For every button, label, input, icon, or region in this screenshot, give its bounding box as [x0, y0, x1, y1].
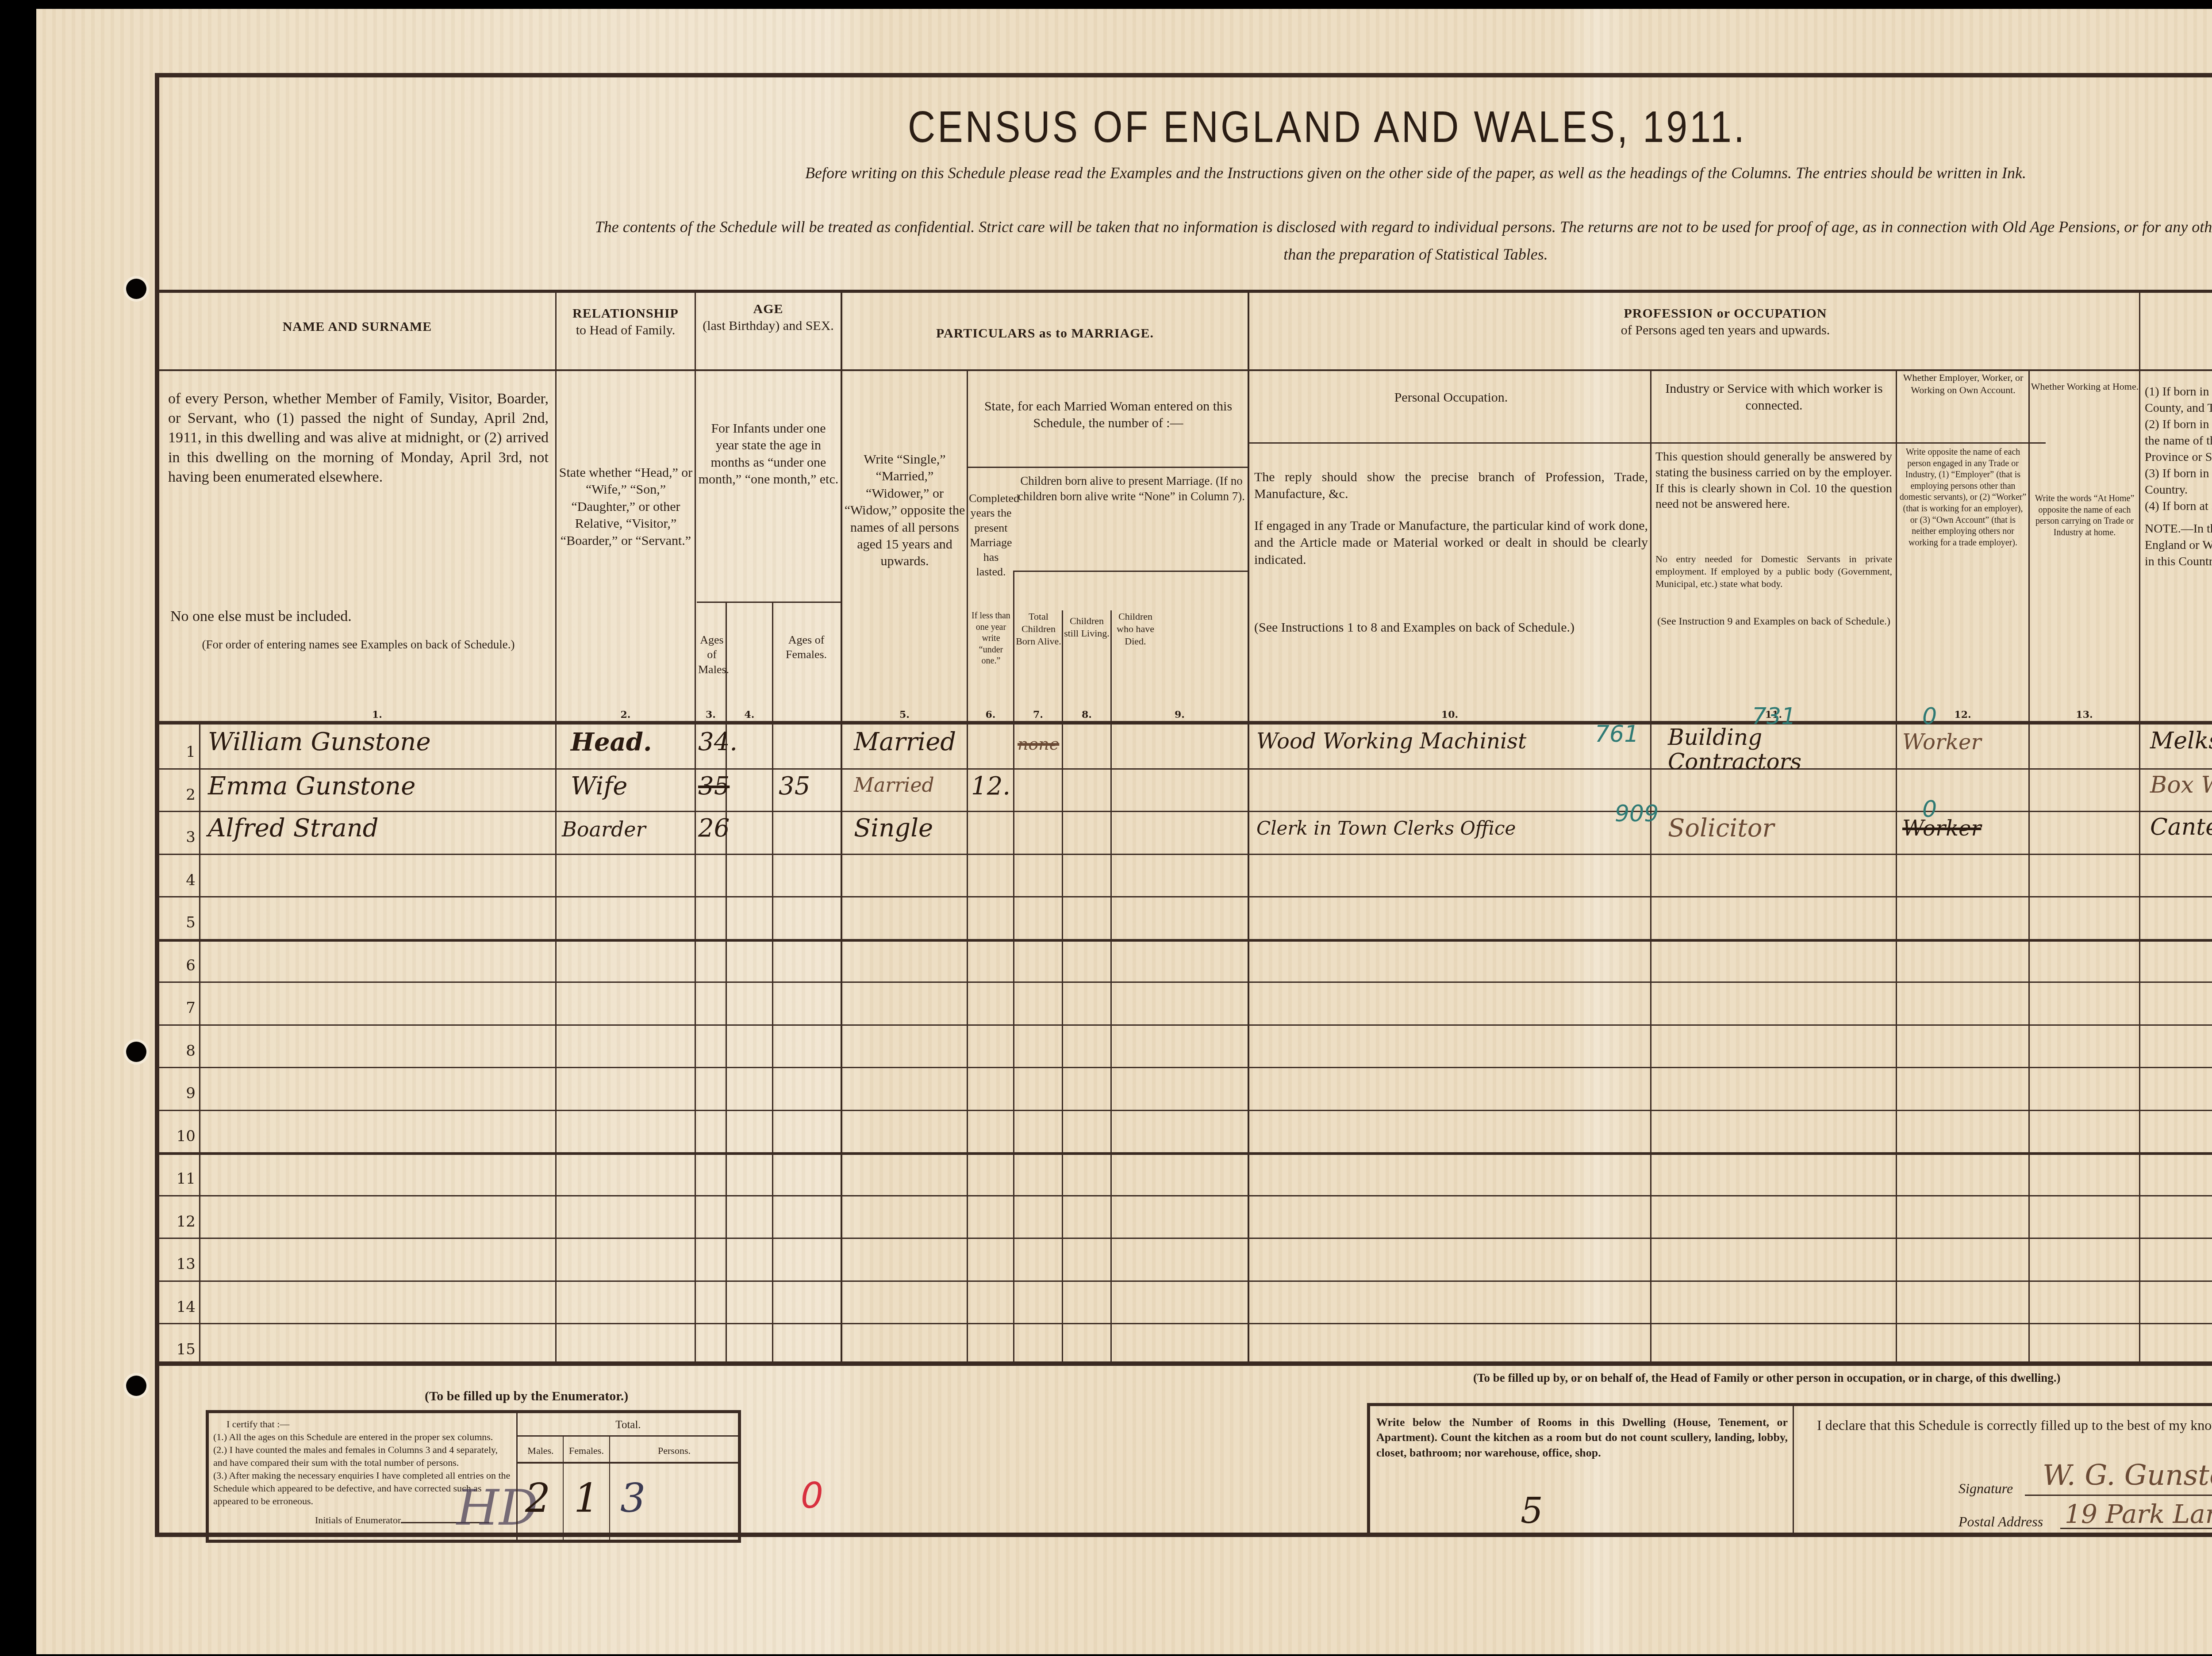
row3-employer-code: 0 [1922, 796, 1937, 823]
row-number: 14 [169, 1298, 196, 1316]
col-divider [1013, 571, 1014, 1362]
row1-name[interactable]: William Gunstone [208, 728, 431, 756]
row-rule [158, 1067, 2212, 1068]
row1-relationship[interactable]: Head. [571, 728, 652, 757]
industry-instr-2: No entry needed for Domestic Servants in… [1655, 553, 1892, 590]
row3-occupation[interactable]: Clerk in Town Clerks Office [1256, 817, 1516, 839]
personal-occupation-label: Personal Occupation. [1252, 389, 1650, 406]
colnum-7: 7. [1014, 709, 1062, 721]
row3-condition[interactable]: Single [854, 814, 933, 843]
number-of-rooms[interactable]: 5 [1521, 1490, 1543, 1531]
males-label: Males. [518, 1444, 563, 1457]
col-divider [1248, 290, 1249, 1362]
row2-condition[interactable]: Married [854, 774, 934, 797]
row3-industry[interactable]: Solicitor [1668, 814, 1774, 843]
row-number: 2 [169, 786, 196, 804]
col-divider [841, 290, 842, 1362]
age-males-label: Ages of Males. [698, 632, 726, 677]
rooms-instructions: Write below the Number of Rooms in this … [1376, 1415, 1788, 1460]
row1-employer-code: 0 [1922, 703, 1937, 730]
row-rule [158, 939, 2212, 942]
row-number: 8 [169, 1042, 196, 1060]
row1-condition[interactable]: Married [854, 728, 956, 756]
total-males[interactable]: 2 [525, 1475, 550, 1522]
row3-age-male[interactable]: 26 [698, 814, 730, 843]
colnum-8: 8. [1063, 709, 1110, 721]
col-divider [1110, 610, 1112, 1362]
marriage-years-label: Completed years the present Marriage has… [969, 491, 1013, 579]
col-divider [695, 290, 696, 1362]
header-bottom-rule [158, 721, 2212, 724]
industry-instr-1: This question should generally be answer… [1655, 449, 1892, 512]
row2-name[interactable]: Emma Gunstone [208, 772, 415, 801]
header-name: NAME AND SURNAME [159, 318, 555, 335]
total-persons[interactable]: 3 [620, 1475, 645, 1522]
row-number: 11 [169, 1170, 196, 1188]
header-divider [158, 369, 2212, 371]
confidentiality-notice: The contents of the Schedule will be tre… [168, 218, 2212, 236]
colnum-1: 1. [199, 709, 555, 721]
total-females[interactable]: 1 [574, 1475, 599, 1522]
industry-instr-3: (See Instruction 9 and Examples on back … [1655, 615, 1892, 629]
header-relationship: RELATIONSHIPto Head of Family. [557, 305, 695, 339]
header-birthplace: BIRTHPLACEof every person. [2141, 314, 2212, 348]
table-bottom-rule [158, 1361, 2212, 1366]
birthplace-instructions: (1) If born in the United Kingdom, write… [2145, 384, 2212, 570]
row2-relationship[interactable]: Wife [571, 772, 627, 801]
row-number: 15 [169, 1341, 196, 1358]
confidentiality-notice-cont: than the preparation of Statistical Tabl… [1106, 245, 1725, 264]
row1-industry-code: 731 [1752, 703, 1796, 730]
colnum-14: 14. [2140, 709, 2212, 721]
age-females-label: Ages of Females. [772, 632, 841, 662]
colnum-6: 6. [968, 709, 1013, 721]
row-number: 9 [169, 1085, 196, 1102]
row-rule [158, 768, 2212, 770]
col-divider [1062, 610, 1063, 1362]
col-divider [199, 721, 200, 1362]
row1-occupation-code: 761 [1595, 721, 1639, 747]
children-living-label: Children still Living. [1063, 615, 1110, 640]
row-number: 13 [169, 1255, 196, 1273]
age-instructions: For Infants under one year state the age… [698, 420, 839, 488]
row-rule [158, 1110, 2212, 1111]
row1-birthplace[interactable]: Melksham Wilts [2150, 728, 2212, 754]
col-divider [967, 369, 968, 1362]
colnum-3: 3. [696, 709, 726, 721]
employer-label: Whether Employer, Worker, or Working on … [1898, 372, 2028, 396]
householder-box: Write below the Number of Rooms in this … [1367, 1403, 2212, 1536]
personal-occupation-instr-3: (See Instructions 1 to 8 and Examples on… [1254, 619, 1648, 636]
row3-relationship[interactable]: Boarder [562, 817, 646, 841]
row-number: 12 [169, 1213, 196, 1230]
row-rule [158, 1280, 2212, 1282]
marriage-subrule [968, 467, 1248, 468]
row3-birthplace[interactable]: Canterbury Kent [2150, 814, 2212, 840]
children-died-label: Children who have Died. [1112, 610, 1159, 648]
row-rule [158, 1195, 2212, 1196]
children-instructions: Children born alive to present Marriage.… [1015, 473, 1248, 504]
row2-birthplace[interactable]: Box Wilts [2150, 772, 2212, 798]
signature[interactable]: W. G. Gunstone [2043, 1459, 2212, 1492]
colnum-2: 2. [557, 709, 695, 721]
occupation-subrule [1249, 442, 2046, 444]
punch-hole [126, 1376, 146, 1396]
name-note: No one else must be included. [170, 607, 551, 626]
row-rule [158, 811, 2212, 812]
enumerator-section-title: (To be filled up by the Enumerator.) [425, 1389, 628, 1404]
row-rule [158, 854, 2212, 855]
header-marriage: PARTICULARS as to MARRIAGE. [842, 325, 1248, 342]
home-label: Whether Working at Home. [2031, 380, 2139, 393]
row-number: 6 [169, 957, 196, 974]
row1-industry[interactable]: Building Contractors [1668, 725, 1809, 774]
row2-marriage-years[interactable]: 12. [971, 772, 1010, 801]
colnum-4: 4. [727, 709, 772, 721]
marriage-years-note: If less than one year write “under one.” [969, 610, 1013, 667]
signature-label: Signature [1959, 1479, 2013, 1498]
colnum-13: 13. [2030, 709, 2139, 721]
marriage-condition-instructions: Write “Single,” “Married,” “Widower,” or… [843, 451, 967, 570]
row-rule [158, 1024, 2212, 1026]
enumerator-box: I certify that :— (1.) All the ages on t… [206, 1410, 741, 1543]
row-number: 3 [169, 828, 196, 846]
row-rule [158, 896, 2212, 897]
row-rule [158, 1323, 2212, 1324]
row-number: 10 [169, 1127, 196, 1145]
header-age: AGE(last Birthday) and SEX. [696, 301, 841, 335]
row3-name[interactable]: Alfred Strand [208, 814, 379, 843]
row-number: 7 [169, 999, 196, 1017]
colnum-12: 12. [1897, 709, 2028, 721]
females-label: Females. [564, 1444, 609, 1457]
postal-address[interactable]: 19 Park Lane Chippenham [2065, 1499, 2212, 1529]
row1-employer-status[interactable]: Worker [1902, 730, 1981, 755]
children-total-label: Total Children Born Alive. [1015, 610, 1062, 648]
persons-label: Persons. [610, 1444, 738, 1457]
personal-occupation-instr-2: If engaged in any Trade or Manufacture, … [1254, 517, 1648, 568]
col-divider [555, 290, 557, 1362]
table-top-rule [158, 290, 2212, 293]
row-rule [158, 1152, 2212, 1155]
row-rule [158, 1238, 2212, 1239]
header-occupation: PROFESSION or OCCUPATIONof Persons aged … [1460, 305, 1991, 339]
red-check-mark: 0 [801, 1475, 823, 1516]
col-divider [1896, 369, 1897, 1362]
row-number: 4 [169, 871, 196, 889]
colnum-5: 5. [842, 709, 967, 721]
colnum-10: 10. [1249, 709, 1650, 721]
declaration-text: I declare that this Schedule is correctl… [1817, 1416, 2212, 1434]
name-instructions: of every Person, whether Member of Famil… [168, 389, 549, 487]
householder-section-title: (To be filled up by, or on behalf of, th… [1473, 1371, 2061, 1385]
row2-age-male-struck[interactable]: 35 [698, 772, 730, 801]
age-subrule [697, 602, 841, 603]
punch-hole [126, 279, 146, 299]
employer-instructions: Write opposite the name of each person e… [1899, 447, 2027, 548]
col-divider [2139, 290, 2140, 1362]
children-subrule [1014, 571, 1248, 572]
page-title: CENSUS OF ENGLAND AND WALES, 1911. [757, 102, 1898, 153]
total-label: Total. [518, 1418, 739, 1432]
row3-occupation-code: 909 [1615, 801, 1659, 827]
married-woman-instructions: State, for each Married Woman entered on… [969, 398, 1248, 432]
industry-label: Industry or Service with which worker is… [1652, 380, 1896, 414]
row1-children-total[interactable]: none [1018, 734, 1059, 754]
punch-hole [126, 1042, 146, 1062]
personal-occupation-instr-1: The reply should show the precise branch… [1254, 469, 1648, 503]
row1-occupation[interactable]: Wood Working Machinist [1256, 729, 1526, 754]
home-instructions: Write the words “At Home” opposite the n… [2032, 493, 2138, 538]
colnum-9: 9. [1112, 709, 1248, 721]
row3-employer-status[interactable]: Worker [1902, 816, 1981, 841]
row2-age-female[interactable]: 35 [779, 772, 810, 801]
relationship-instructions: State whether “Head,” or “Wife,” “Son,” … [558, 464, 693, 549]
row-number: 5 [169, 914, 196, 931]
col-divider [2028, 369, 2030, 1362]
col-divider [1650, 369, 1651, 1362]
postal-address-label: Postal Address [1959, 1512, 2043, 1531]
row1-age-male[interactable]: 34. [698, 728, 737, 756]
name-order-note: (For order of entering names see Example… [168, 637, 549, 652]
intro-instructions: Before writing on this Schedule please r… [442, 164, 2212, 182]
row-number: 1 [169, 743, 196, 761]
row-rule [158, 981, 2212, 983]
